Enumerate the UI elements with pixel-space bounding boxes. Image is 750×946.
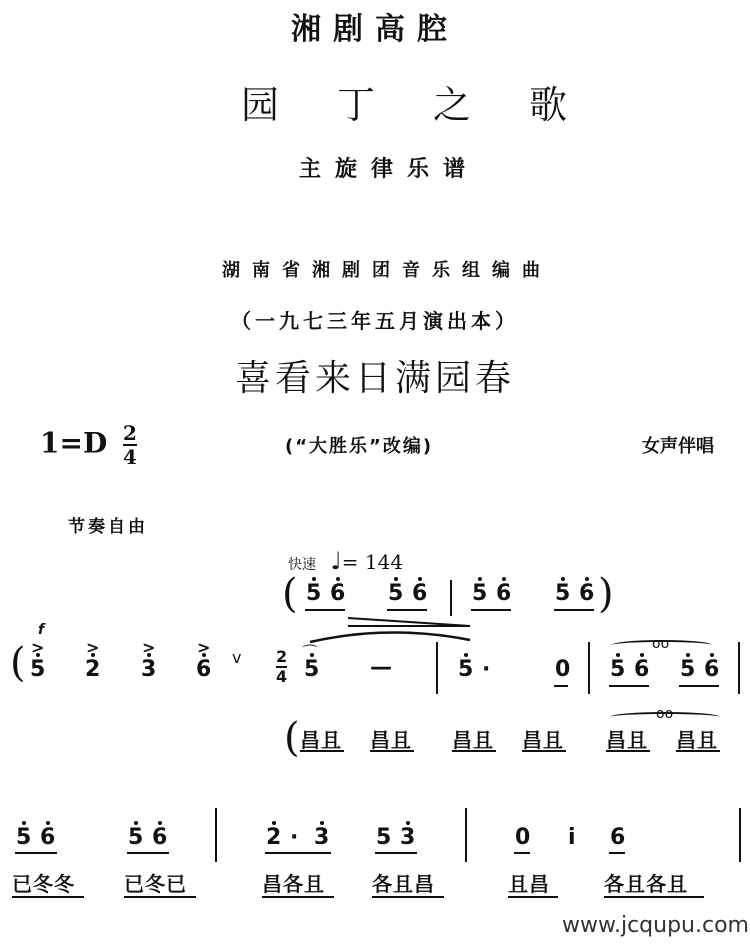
note: 5 — [16, 826, 31, 850]
beam — [514, 852, 530, 854]
note: 6 — [579, 582, 594, 606]
note: 6 — [40, 826, 55, 850]
note: 5 — [304, 658, 319, 682]
beam — [12, 896, 84, 898]
note: 5 — [388, 582, 403, 606]
note: 3 — [141, 658, 156, 682]
percussion-syllable: 已冬已 — [124, 868, 187, 897]
percussion-syllable: 昌且 — [452, 724, 494, 753]
score-title: 园丁之歌 — [0, 74, 750, 129]
beam — [679, 685, 719, 687]
beam — [554, 609, 594, 611]
beam — [554, 685, 568, 687]
barline — [739, 808, 741, 862]
rest: 0 — [555, 658, 570, 682]
score-subtitle: 主旋律乐谱 — [0, 152, 750, 183]
note: i — [568, 826, 576, 850]
beam — [262, 896, 334, 898]
note: 3 — [400, 826, 415, 850]
beam — [609, 852, 625, 854]
note: 6 — [704, 658, 719, 682]
note: 2 — [266, 826, 281, 850]
beam — [370, 750, 414, 752]
note: 5 — [458, 658, 473, 682]
beam — [127, 852, 169, 854]
rest: 0 — [515, 826, 530, 850]
percussion-syllable: 昌且 — [370, 724, 412, 753]
beam — [265, 852, 331, 854]
beam — [508, 896, 558, 898]
percussion-syllable: 且昌 — [508, 868, 550, 897]
open-paren: ( — [284, 718, 300, 758]
quarter-note-icon: ♩ — [330, 547, 341, 575]
note: 5 — [555, 582, 570, 606]
beam — [604, 896, 704, 898]
breath-mark: v — [232, 648, 241, 667]
percussion-syllable: 各且各且 — [604, 868, 688, 897]
barline — [215, 808, 217, 862]
barline — [738, 642, 740, 694]
time-change: 2 4 — [276, 648, 287, 686]
beam — [452, 750, 496, 752]
edition-note: （一九七三年五月演出本） — [0, 305, 750, 334]
dot-extension: · — [290, 826, 298, 850]
note: 5 — [376, 826, 391, 850]
note: 6 — [412, 582, 427, 606]
close-paren: ) — [598, 574, 614, 614]
circle-mark: oo — [656, 706, 673, 722]
tempo-marking: 快速 ♩= 144 — [288, 547, 403, 575]
note: 6 — [634, 658, 649, 682]
opera-type: 湘剧高腔 — [0, 4, 750, 48]
percussion-syllable: 各且昌 — [372, 868, 435, 897]
key-label: 1=D — [40, 427, 107, 460]
key-signature: 1=D 2 4 — [40, 422, 137, 468]
barline — [465, 808, 467, 862]
time-signature: 2 4 — [123, 422, 137, 468]
dot-extension: · — [482, 658, 490, 682]
watermark: www.jcqupu.com — [562, 913, 749, 938]
beam — [15, 852, 57, 854]
barline — [436, 642, 438, 694]
arranger-credit: 湖南省湘剧团音乐组编曲 — [0, 256, 750, 282]
beam — [606, 750, 650, 752]
note: 2 — [85, 658, 100, 682]
note: 5 — [472, 582, 487, 606]
percussion-syllable: 已冬冬 — [12, 868, 75, 897]
beam — [676, 750, 720, 752]
note: 6 — [610, 826, 625, 850]
beam — [124, 896, 196, 898]
note: 5 — [610, 658, 625, 682]
percussion-syllable: 昌各且 — [262, 868, 325, 897]
open-paren: ( — [10, 643, 26, 683]
beam — [300, 750, 344, 752]
voice-note: 女声伴唱 — [642, 432, 714, 458]
percussion-syllable: 昌且 — [676, 724, 718, 753]
hairpin-icon — [300, 610, 500, 650]
beam — [372, 896, 444, 898]
beam — [522, 750, 566, 752]
note: 5 — [680, 658, 695, 682]
note: 3 — [314, 826, 329, 850]
percussion-syllable: 昌且 — [522, 724, 564, 753]
note: 6 — [330, 582, 345, 606]
barline — [588, 642, 590, 694]
dash: — — [370, 656, 392, 680]
note: 5 — [128, 826, 143, 850]
beam — [609, 685, 649, 687]
aria-title: 喜看来日满园春 — [0, 350, 750, 401]
note: 6 — [496, 582, 511, 606]
note: 5 — [306, 582, 321, 606]
note: 6 — [196, 658, 211, 682]
note: 5 — [30, 658, 45, 682]
circle-mark: oo — [652, 636, 669, 652]
dynamic-forte: f — [38, 622, 44, 638]
note: 6 — [152, 826, 167, 850]
percussion-syllable: 昌且 — [300, 724, 342, 753]
beam — [375, 852, 417, 854]
rhythm-free-note: 节奏自由 — [68, 512, 148, 537]
percussion-syllable: 昌且 — [606, 724, 648, 753]
open-paren: ( — [282, 574, 298, 614]
adaptation-note: (“大胜乐”改编) — [285, 432, 433, 458]
